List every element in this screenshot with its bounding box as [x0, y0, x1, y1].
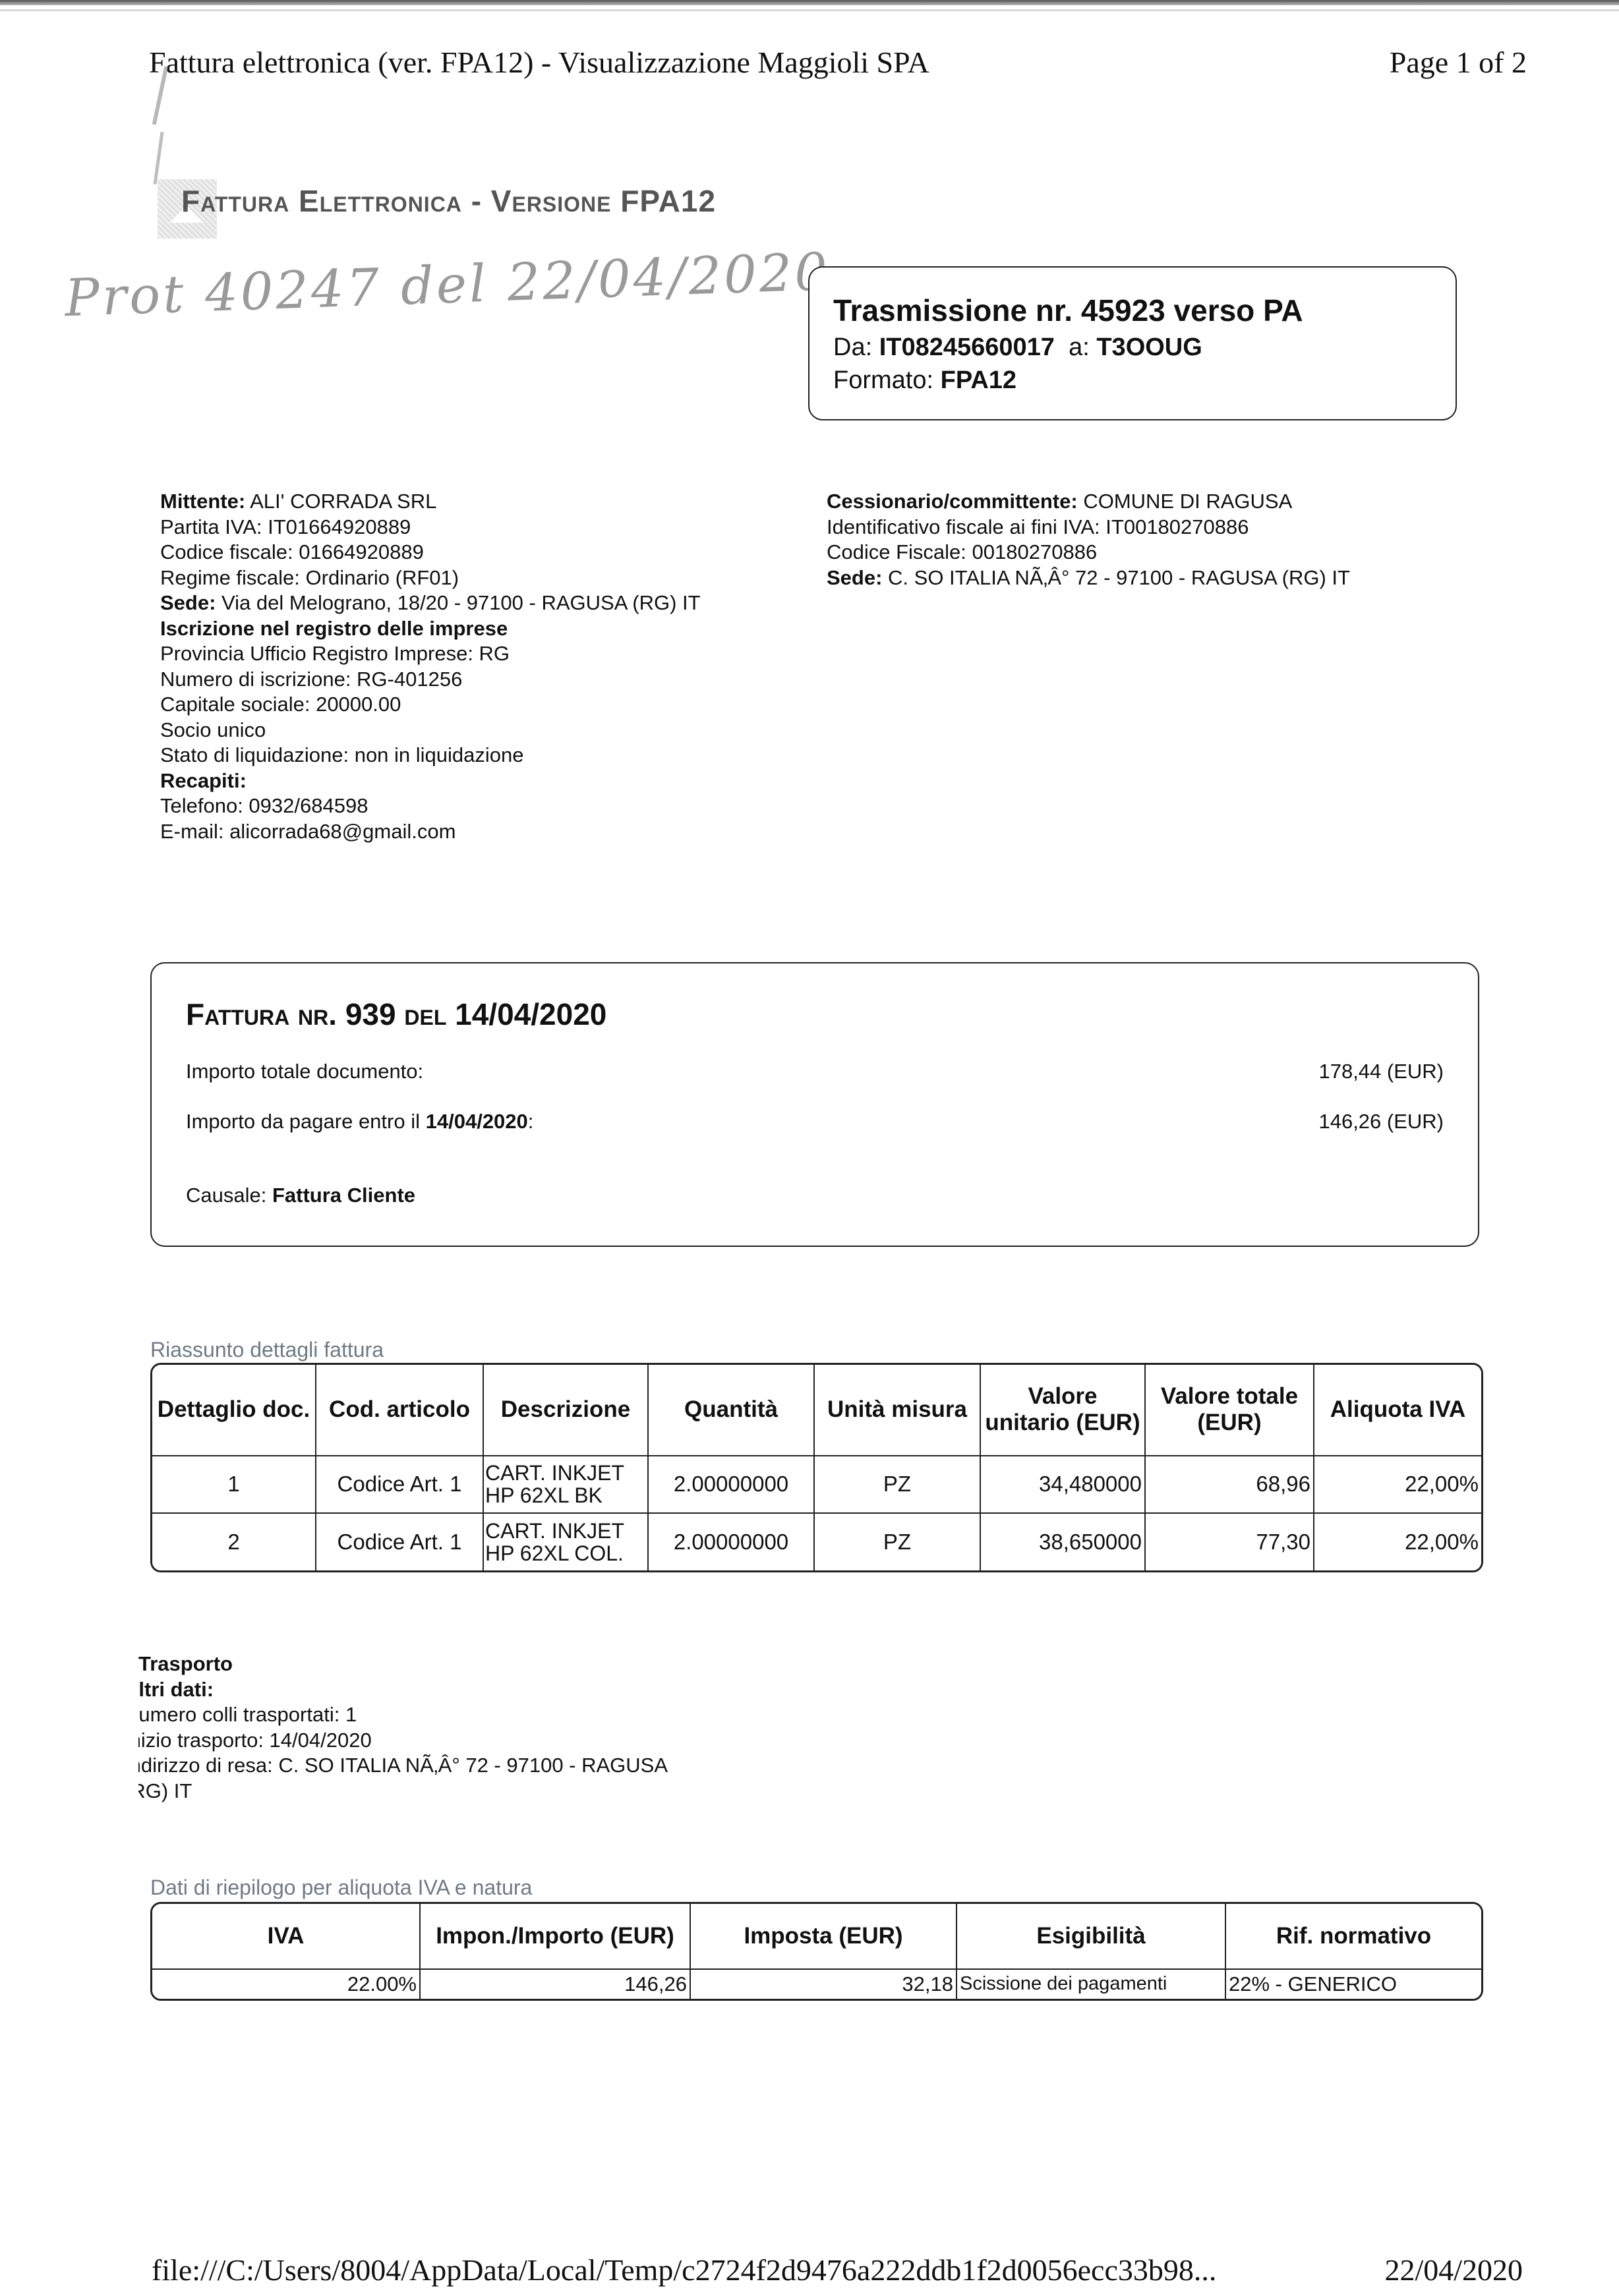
riepilogo-table: IVA Impon./Importo (EUR) Imposta (EUR) E… [150, 1902, 1483, 2001]
sede-label: Sede: [827, 566, 882, 589]
handwritten-protocol-note: Prot 40247 del 22/04/2020 [64, 243, 831, 328]
capitale-sociale: Capitale sociale: 20000.00 [160, 692, 701, 718]
cell-aliquota: 22,00% [1314, 1513, 1481, 1570]
causale-label: Causale: [186, 1184, 266, 1207]
scan-edge-line [0, 9, 1619, 11]
cessionario-piva: Identificativo fiscale ai fini IVA: IT00… [827, 515, 1350, 540]
numero-colli: Numero colli trasportati: 1 [138, 1702, 798, 1728]
cessionario-line: Cessionario/committente: COMUNE DI RAGUS… [827, 489, 1350, 515]
col-header: Esigibilità [957, 1904, 1225, 1969]
cell-dettaglio: 1 [152, 1456, 316, 1513]
trasmissione-box: Trasmissione nr. 45923 verso PA Da: IT08… [808, 266, 1457, 420]
cessionario-sede: Sede: C. SO ITALIA NÃ‚Â° 72 - 97100 - RA… [827, 565, 1350, 591]
sede-value: Via del Melograno, 18/20 - 97100 - RAGUS… [221, 591, 701, 614]
col-header: IVA [152, 1904, 420, 1969]
cell-codice: Codice Art. 1 [316, 1456, 483, 1513]
cessionario-cf: Codice Fiscale: 00180270886 [827, 540, 1350, 565]
fattura-title-del: del [404, 997, 446, 1031]
cell-rif-normativo: 22% - GENERICO [1225, 1969, 1481, 1999]
cell-unita: PZ [814, 1456, 980, 1513]
fattura-title: Fattura nr. 939 del 14/04/2020 [186, 996, 606, 1032]
cell-imponibile: 146,26 [420, 1969, 690, 1999]
email: E-mail: alicorrada68@gmail.com [160, 819, 701, 845]
col-header: Imposta (EUR) [690, 1904, 957, 1969]
indirizzo-resa-cont: (RG) IT [138, 1779, 798, 1804]
col-header: Unità misura [814, 1365, 980, 1456]
cell-esigibilita: Scissione dei pagamenti [957, 1969, 1225, 1999]
registro-heading: Iscrizione nel registro delle imprese [160, 616, 701, 642]
col-header: Cod. articolo [316, 1365, 483, 1456]
trasmissione-title: Trasmissione nr. 45923 verso PA [833, 293, 1303, 328]
mittente-regime: Regime fiscale: Ordinario (RF01) [160, 565, 701, 591]
cell-descrizione: CART. INKJET HP 62XL BK [483, 1456, 648, 1513]
trasporto-heading: Trasporto [138, 1651, 798, 1677]
a-label: a: [1069, 333, 1090, 361]
print-header-title: Fattura elettronica (ver. FPA12) - Visua… [149, 45, 929, 80]
indirizzo-resa: Indirizzo di resa: C. SO ITALIA NÃ‚Â° 72… [138, 1753, 798, 1779]
sede-label: Sede: [160, 591, 216, 614]
mittente-label: Mittente: [160, 490, 245, 513]
col-header: Dettaglio doc. [152, 1365, 316, 1456]
causale: Causale: Fattura Cliente [186, 1184, 415, 1207]
cell-codice: Codice Art. 1 [316, 1513, 483, 1570]
cell-quantita: 2.00000000 [648, 1513, 814, 1570]
page-indicator: Page 1 of 2 [1390, 45, 1527, 80]
file-url: file:///C:/Users/8004/AppData/Local/Temp… [152, 2253, 1216, 2287]
formato-value: FPA12 [941, 366, 1016, 394]
da-value: IT08245660017 [879, 333, 1055, 361]
cessionario-label: Cessionario/committente: [827, 490, 1078, 513]
altri-dati-text: Altri dati: [138, 1678, 214, 1701]
cell-valore-unitario: 34,480000 [980, 1456, 1145, 1513]
document-title: Fattura Elettronica - Versione FPA12 [181, 183, 716, 219]
trasmissione-da-a: Da: IT08245660017 a: T3OOUG [833, 333, 1202, 362]
importo-totale-label: Importo totale documento: [186, 1060, 423, 1083]
socio-unico: Socio unico [160, 718, 701, 743]
col-header: Valore totale (EUR) [1145, 1365, 1314, 1456]
scan-edge [0, 0, 1619, 5]
cessionario-block: Cessionario/committente: COMUNE DI RAGUS… [827, 489, 1350, 590]
col-header: Rif. normativo [1225, 1904, 1481, 1969]
importo-pagare-value: 146,26 (EUR) [1318, 1110, 1444, 1134]
cell-unita: PZ [814, 1513, 980, 1570]
fattura-date: 14/04/2020 [455, 997, 606, 1031]
cell-valore-totale: 68,96 [1145, 1456, 1314, 1513]
table-header-row: IVA Impon./Importo (EUR) Imposta (EUR) E… [152, 1904, 1481, 1969]
cell-iva: 22.00% [152, 1969, 420, 1999]
mittente-block: Mittente: ALI' CORRADA SRL Partita IVA: … [160, 489, 701, 844]
fattura-number: 939 [345, 997, 396, 1031]
stato-liquidazione: Stato di liquidazione: non in liquidazio… [160, 743, 701, 768]
recapiti-heading: Recapiti: [160, 768, 701, 794]
riepilogo-section-title: Dati di riepilogo per aliquota IVA e nat… [150, 1876, 532, 1900]
cell-dettaglio: 2 [152, 1513, 316, 1570]
recapiti-heading-text: Recapiti: [160, 769, 247, 792]
cell-descrizione: CART. INKJET HP 62XL COL. [483, 1513, 648, 1570]
cell-valore-unitario: 38,650000 [980, 1513, 1145, 1570]
cell-quantita: 2.00000000 [648, 1456, 814, 1513]
dettagli-table: Dettaglio doc. Cod. articolo Descrizione… [150, 1363, 1483, 1572]
col-header: Quantità [648, 1365, 814, 1456]
dettagli-section-title: Riassunto dettagli fattura [150, 1338, 384, 1362]
mittente-piva: Partita IVA: IT01664920889 [160, 515, 701, 540]
telefono: Telefono: 0932/684598 [160, 793, 701, 819]
col-header: Impon./Importo (EUR) [420, 1904, 690, 1969]
col-header: Aliquota IVA [1314, 1365, 1481, 1456]
importo-pagare-label: Importo da pagare entro il 14/04/2020: [186, 1110, 533, 1134]
trasporto-heading-text: Trasporto [138, 1652, 233, 1675]
mittente-sede: Sede: Via del Melograno, 18/20 - 97100 -… [160, 590, 701, 616]
table-row: 1 Codice Art. 1 CART. INKJET HP 62XL BK … [152, 1456, 1481, 1513]
importo-pagare-date: 14/04/2020 [426, 1110, 528, 1133]
cell-aliquota: 22,00% [1314, 1456, 1481, 1513]
cell-valore-totale: 77,30 [1145, 1513, 1314, 1570]
registro-numero: Numero di iscrizione: RG-401256 [160, 667, 701, 693]
document-header: Fattura Elettronica - Versione FPA12 [162, 177, 696, 212]
table-row: 2 Codice Art. 1 CART. INKJET HP 62XL COL… [152, 1513, 1481, 1570]
inizio-trasporto: Inizio trasporto: 14/04/2020 [138, 1728, 798, 1754]
mittente-name: ALI' CORRADA SRL [250, 490, 436, 513]
print-date: 22/04/2020 [1384, 2253, 1523, 2287]
cell-imposta: 32,18 [690, 1969, 957, 1999]
col-header: Descrizione [483, 1365, 648, 1456]
trasporto-block: Trasporto Altri dati: Numero colli trasp… [138, 1651, 798, 1804]
altri-dati-heading: Altri dati: [138, 1677, 798, 1703]
fattura-title-prefix: Fattura nr. [186, 997, 337, 1031]
causale-value: Fattura Cliente [272, 1184, 415, 1207]
col-header: Valore unitario (EUR) [980, 1365, 1145, 1456]
fattura-summary-box: Fattura nr. 939 del 14/04/2020 Importo t… [150, 962, 1479, 1247]
formato-label: Formato: [833, 366, 933, 394]
importo-pagare-label-text: Importo da pagare entro il [186, 1110, 420, 1133]
mittente-line: Mittente: ALI' CORRADA SRL [160, 489, 701, 515]
mittente-cf: Codice fiscale: 01664920889 [160, 540, 701, 565]
registro-heading-text: Iscrizione nel registro delle imprese [160, 617, 508, 640]
importo-totale-value: 178,44 (EUR) [1318, 1060, 1444, 1083]
sede-value: C. SO ITALIA NÃ‚Â° 72 - 97100 - RAGUSA (… [888, 566, 1350, 589]
registro-provincia: Provincia Ufficio Registro Imprese: RG [160, 641, 701, 667]
da-label: Da: [833, 333, 872, 361]
table-header-row: Dettaglio doc. Cod. articolo Descrizione… [152, 1365, 1481, 1456]
a-value: T3OOUG [1096, 333, 1202, 361]
cessionario-name: COMUNE DI RAGUSA [1083, 490, 1292, 513]
trasmissione-formato: Formato: FPA12 [833, 366, 1016, 395]
table-row: 22.00% 146,26 32,18 Scissione dei pagame… [152, 1969, 1481, 1999]
